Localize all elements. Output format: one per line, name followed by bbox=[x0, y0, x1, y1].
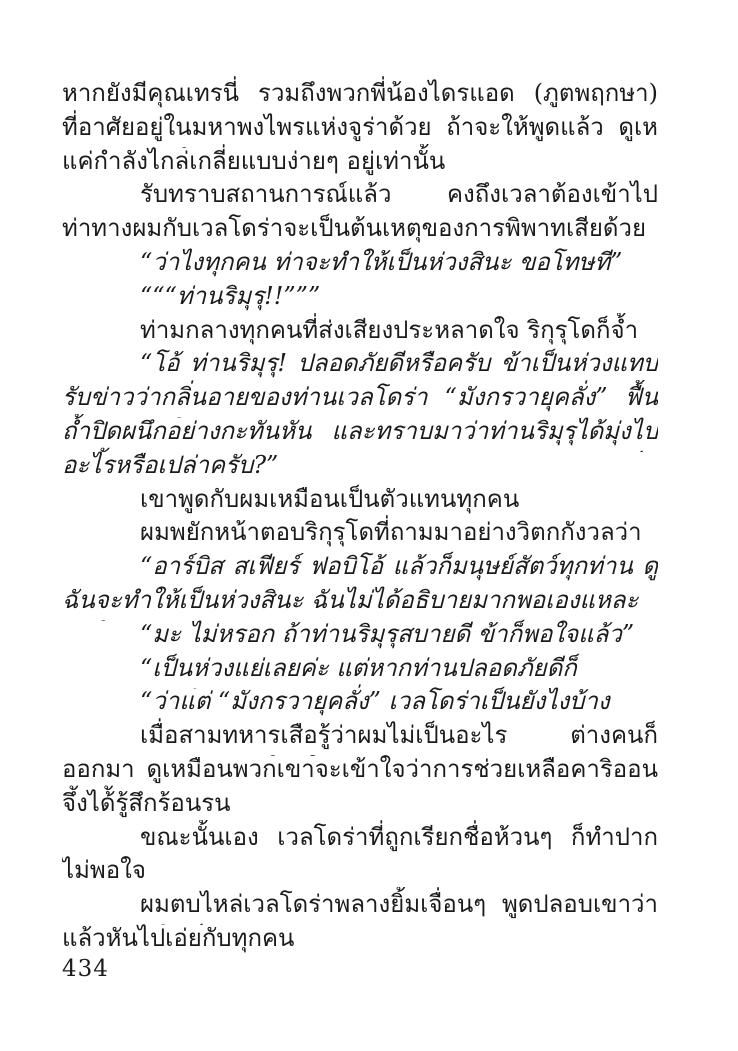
text-segment: จึงได้รู้สึกร้อนรน bbox=[62, 789, 231, 817]
text-line: อะไรหรือเปล่าครับ?” bbox=[62, 448, 658, 486]
text-segment: ท่าทางผมกับเวลโดร่าจะเป็นต้นเหตุของการพิ… bbox=[62, 214, 646, 242]
text-segment: ผมพยักหน้าตอบริกุรุโดที่ถามมาอย่างวิตกกั… bbox=[140, 518, 642, 553]
text-line: “ว่าแต่ “มังกรวายุคลั่ง” เวลโดร่าเป็นยัง… bbox=[62, 684, 658, 722]
text-segment: แล้วหันไปเอ่ยกับทุกคน bbox=[62, 924, 294, 952]
text-line: ฉันจะทำให้เป็นห่วงสินะ ฉันไม่ได้อธิบายมา… bbox=[62, 583, 658, 621]
text-line: ขณะนั้นเอง เวลโดร่าที่ถูกเรียกชื่อห้วนๆ … bbox=[62, 820, 658, 858]
text-line: ท่ามกลางทุกคนที่ส่งเสียงประหลาดใจ ริกุรุ… bbox=[62, 313, 658, 351]
book-page: 434 หากยังมีคุณเทรนี่ รวมถึงพวกพี่น้องได… bbox=[0, 0, 738, 1051]
text-segment: “อาร์บิส สเฟียร์ ฟอบิโอ้ แล้วก็มนุษย์สัต… bbox=[140, 552, 658, 587]
text-line: “อาร์บิส สเฟียร์ ฟอบิโอ้ แล้วก็มนุษย์สัต… bbox=[62, 549, 658, 587]
text-segment: “ว่าไงทุกคน ท่าจะทำให้เป็นห่วงสินะ ขอโทษ… bbox=[140, 248, 622, 276]
text-line: หากยังมีคุณเทรนี่ รวมถึงพวกพี่น้องไดรแอด… bbox=[62, 76, 658, 114]
text-segment: ที่อาศัยอยู่ในมหาพงไพรแห่งจูร่าด้วย ถ้าจ… bbox=[62, 113, 658, 148]
text-segment: แค่กำลังไกล่เกลี่ยแบบง่ายๆ อยู่เท่านั้น bbox=[62, 147, 445, 175]
text-line: “โอ้ ท่านริมุรุ! ปลอดภัยดีหรือครับ ข้าเป… bbox=[62, 346, 658, 384]
text-segment: รับทราบสถานการณ์แล้ว คงถึงเวลาต้องเข้าไป… bbox=[140, 180, 658, 215]
text-segment: เมื่อสามทหารเสือรู้ว่าผมไม่เป็นอะไร ต่าง… bbox=[140, 721, 658, 756]
text-line: ผมพยักหน้าตอบริกุรุโดที่ถามมาอย่างวิตกกั… bbox=[62, 515, 658, 553]
text-segment: “โอ้ ท่านริมุรุ! ปลอดภัยดีหรือครับ ข้าเป… bbox=[140, 349, 658, 384]
text-segment: ขณะนั้นเอง เวลโดร่าที่ถูกเรียกชื่อห้วนๆ … bbox=[140, 823, 658, 858]
text-segment: ฉันจะทำให้เป็นห่วงสินะ ฉันไม่ได้อธิบายมา… bbox=[62, 586, 638, 621]
text-line: ถ้ำปิดผนึกอย่างกะทันหัน และทราบมาว่าท่าน… bbox=[62, 414, 658, 452]
text-segment: เขาพูดกับผมเหมือนเป็นตัวแทนทุกคน bbox=[140, 485, 519, 513]
text-segment: “““ท่านริมุรุ!!””” bbox=[140, 282, 320, 310]
text-line: แค่กำลังไกล่เกลี่ยแบบง่ายๆ อยู่เท่านั้น bbox=[62, 144, 658, 182]
text-line: ที่อาศัยอยู่ในมหาพงไพรแห่งจูร่าด้วย ถ้าจ… bbox=[62, 110, 658, 148]
text-segment: อะไรหรือเปล่าครับ?” bbox=[62, 451, 278, 479]
text-line: แล้วหันไปเอ่ยกับทุกคน bbox=[62, 921, 658, 959]
text-line: ท่าทางผมกับเวลโดร่าจะเป็นต้นเหตุของการพิ… bbox=[62, 211, 658, 249]
text-line: “ว่าไงทุกคน ท่าจะทำให้เป็นห่วงสินะ ขอโทษ… bbox=[62, 245, 658, 283]
text-segment: ไม่พอใจ bbox=[62, 856, 146, 884]
text-line: “““ท่านริมุรุ!!””” bbox=[62, 279, 658, 317]
text-line: ไม่พอใจ bbox=[62, 853, 658, 891]
text-segment: ถ้ำปิดผนึกอย่างกะทันหัน และทราบมาว่าท่าน… bbox=[62, 417, 658, 452]
text-line: รับข่าวว่ากลิ่นอายของท่านเวลโดร่า “มังกร… bbox=[62, 380, 658, 418]
text-line: เขาพูดกับผมเหมือนเป็นตัวแทนทุกคน bbox=[62, 482, 658, 520]
text-segment: ผมตบไหล่เวลโดร่าพลางยิ้มเจื่อนๆ พูดปลอบเ… bbox=[140, 890, 658, 918]
text-segment: หากยังมีคุณเทรนี่ รวมถึงพวกพี่น้องไดรแอด… bbox=[62, 79, 658, 114]
text-line: เมื่อสามทหารเสือรู้ว่าผมไม่เป็นอะไร ต่าง… bbox=[62, 718, 658, 756]
text-line: “เป็นห่วงแย่เลยค่ะ แต่หากท่านปลอดภัยดีก็… bbox=[62, 651, 658, 689]
text-segment: ออกมา ดูเหมือนพวกเขาจะเข้าใจว่าการช่วยเห… bbox=[62, 755, 658, 790]
text-segment: “มะ ไม่หรอก ถ้าท่านริมุรุสบายดี ข้าก็พอใ… bbox=[140, 620, 634, 648]
text-line: “มะ ไม่หรอก ถ้าท่านริมุรุสบายดี ข้าก็พอใ… bbox=[62, 617, 658, 655]
text-segment: รับข่าวว่ากลิ่นอายของท่านเวลโดร่า “มังกร… bbox=[62, 383, 658, 418]
text-line: จึงได้รู้สึกร้อนรน bbox=[62, 786, 658, 824]
text-segment: ท่ามกลางทุกคนที่ส่งเสียงประหลาดใจ ริกุรุ… bbox=[140, 316, 638, 351]
text-segment: “ว่าแต่ “มังกรวายุคลั่ง” เวลโดร่าเป็นยัง… bbox=[140, 687, 610, 722]
text-line: รับทราบสถานการณ์แล้ว คงถึงเวลาต้องเข้าไป… bbox=[62, 177, 658, 215]
text-line: ออกมา ดูเหมือนพวกเขาจะเข้าใจว่าการช่วยเห… bbox=[62, 752, 658, 790]
text-segment: “เป็นห่วงแย่เลยค่ะ แต่หากท่านปลอดภัยดีก็… bbox=[140, 654, 577, 689]
text-line: ผมตบไหล่เวลโดร่าพลางยิ้มเจื่อนๆ พูดปลอบเ… bbox=[62, 887, 658, 925]
